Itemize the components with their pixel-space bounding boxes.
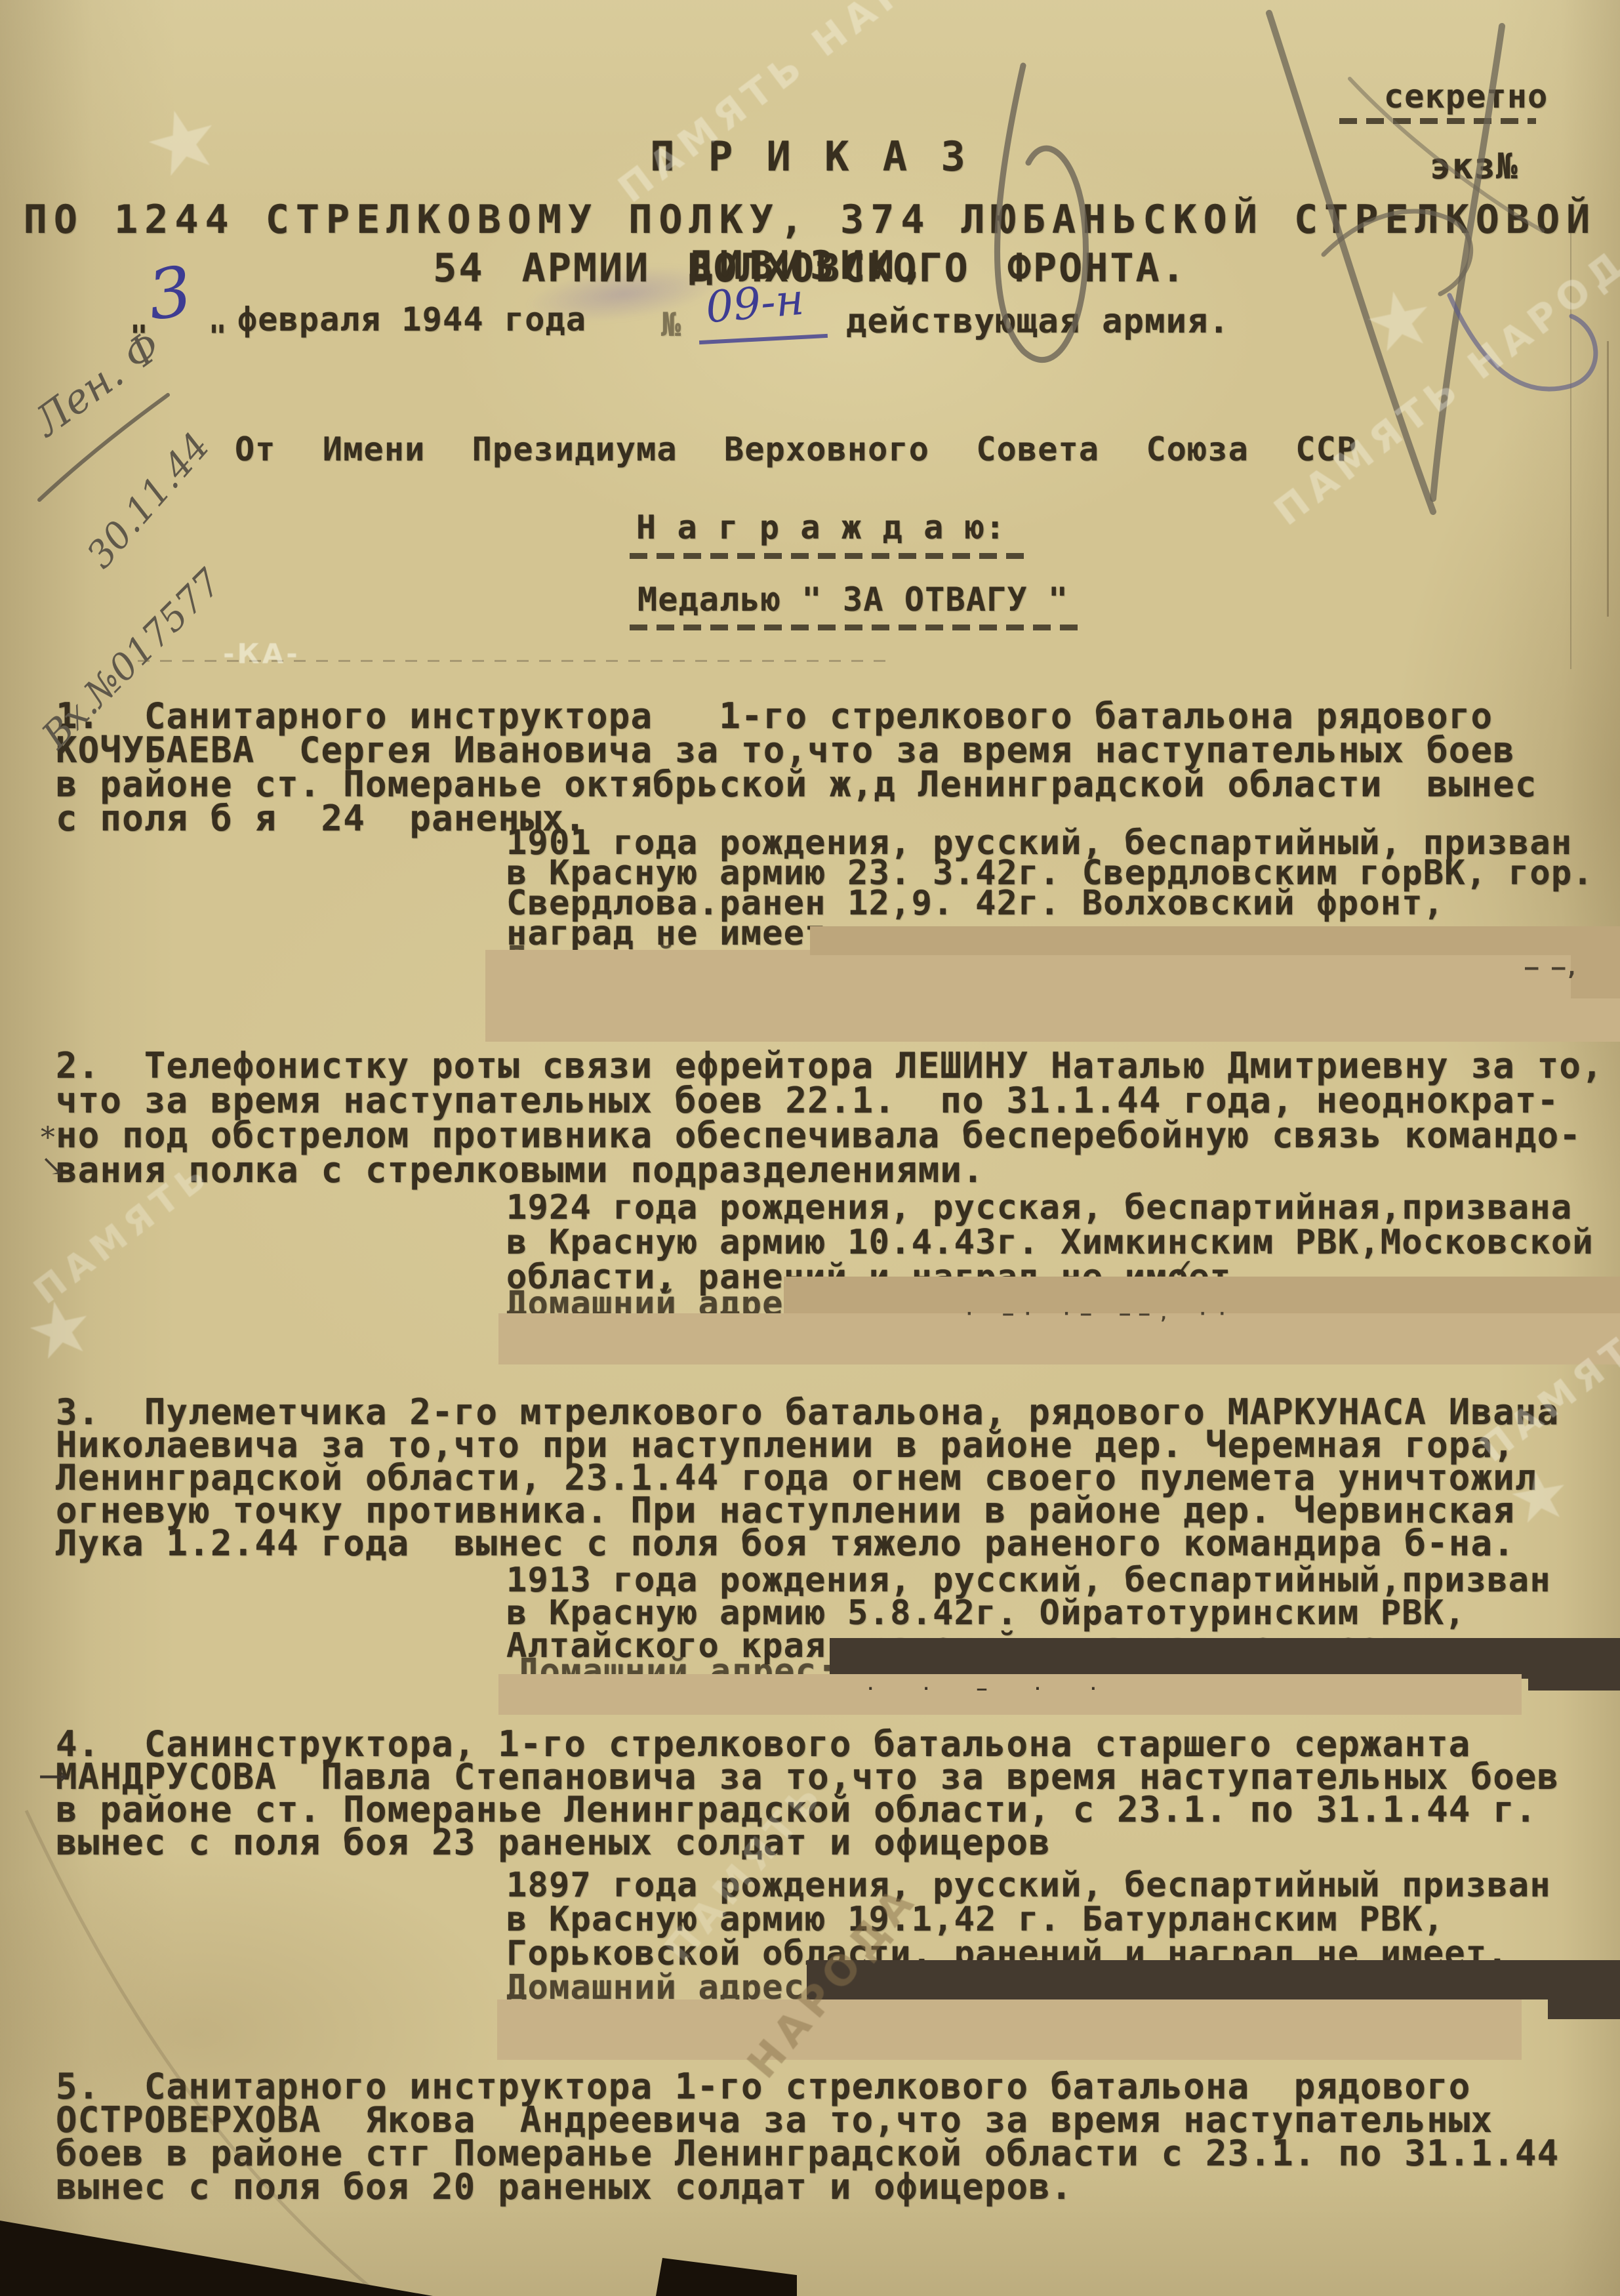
- date-quote-close: ": [209, 319, 228, 354]
- redaction-fragment: · · — · ·: [866, 1679, 1116, 1698]
- preamble-from-line: От Имени Президиума Верховного Совета Со…: [235, 430, 1357, 468]
- redaction-block: [810, 926, 1577, 955]
- margin-arrow-mark: →: [38, 1755, 68, 1797]
- faint-ka-fragment: -КА-: [223, 638, 300, 670]
- redaction-fragment: — –,: [1525, 954, 1579, 981]
- redaction-block: [497, 1999, 1522, 2060]
- award-verb-underline: [630, 553, 1026, 559]
- entry-3-body: 3. Пулеметчика 2-го мтрелкового батальон…: [56, 1396, 1559, 1560]
- redaction-fragment: · –· ·— ——, ··: [964, 1304, 1236, 1324]
- medal-underline: [630, 625, 1082, 630]
- redaction-block-dark: [807, 1960, 1620, 1999]
- redaction-block-dark: [1528, 1638, 1620, 1691]
- order-number-underline: [699, 334, 828, 344]
- order-number-handwritten: 09-н: [704, 274, 806, 333]
- margin-mark: ∗: [38, 1115, 58, 1149]
- medal-line: Медалью " ЗА ОТВАГУ ": [638, 581, 1068, 619]
- entry-2-body: 2. Телефонистку роты связи ефрейтора ЛЕШ…: [56, 1048, 1604, 1187]
- scanned-order-document: секретно экз№ П Р И К А З ПО 1244 СТРЕЛК…: [0, 0, 1620, 2296]
- registry-name-annotation: Лен. Ф: [25, 322, 170, 445]
- entry-1-body: 1. Санитарного инструктора 1-го стрелков…: [56, 699, 1537, 836]
- order-title: П Р И К А З: [0, 133, 1620, 180]
- redaction-block: [485, 950, 1620, 1042]
- secrecy-stamp: секретно: [1384, 77, 1548, 115]
- order-number-sign: №: [661, 306, 681, 344]
- entry-4-details: 1897 года рождения, русский, беспартийны…: [506, 1868, 1551, 1971]
- redaction-block-dark: [1548, 1999, 1620, 2019]
- redaction-block-dark: [830, 1638, 1620, 1679]
- page-corner-shadow: [633, 2258, 797, 2296]
- watermark-star-icon: ★: [1502, 1452, 1577, 1541]
- watermark-star-icon: ★: [132, 84, 232, 200]
- registry-date-annotation: 30.11.44: [79, 425, 218, 577]
- award-verb: Н а г р а ж д а ю:: [636, 508, 1005, 546]
- army-status: действующая армия.: [846, 302, 1230, 341]
- entry-5-body: 5. Санитарного инструктора 1-го стрелков…: [56, 2070, 1559, 2204]
- margin-mark: ↘: [41, 1149, 65, 1183]
- secrecy-underline: [1339, 118, 1536, 124]
- date-month-year: февраля 1944 года: [237, 300, 586, 338]
- page-corner-shadow: [0, 2221, 433, 2296]
- edge-tear-shadow: [1607, 341, 1609, 617]
